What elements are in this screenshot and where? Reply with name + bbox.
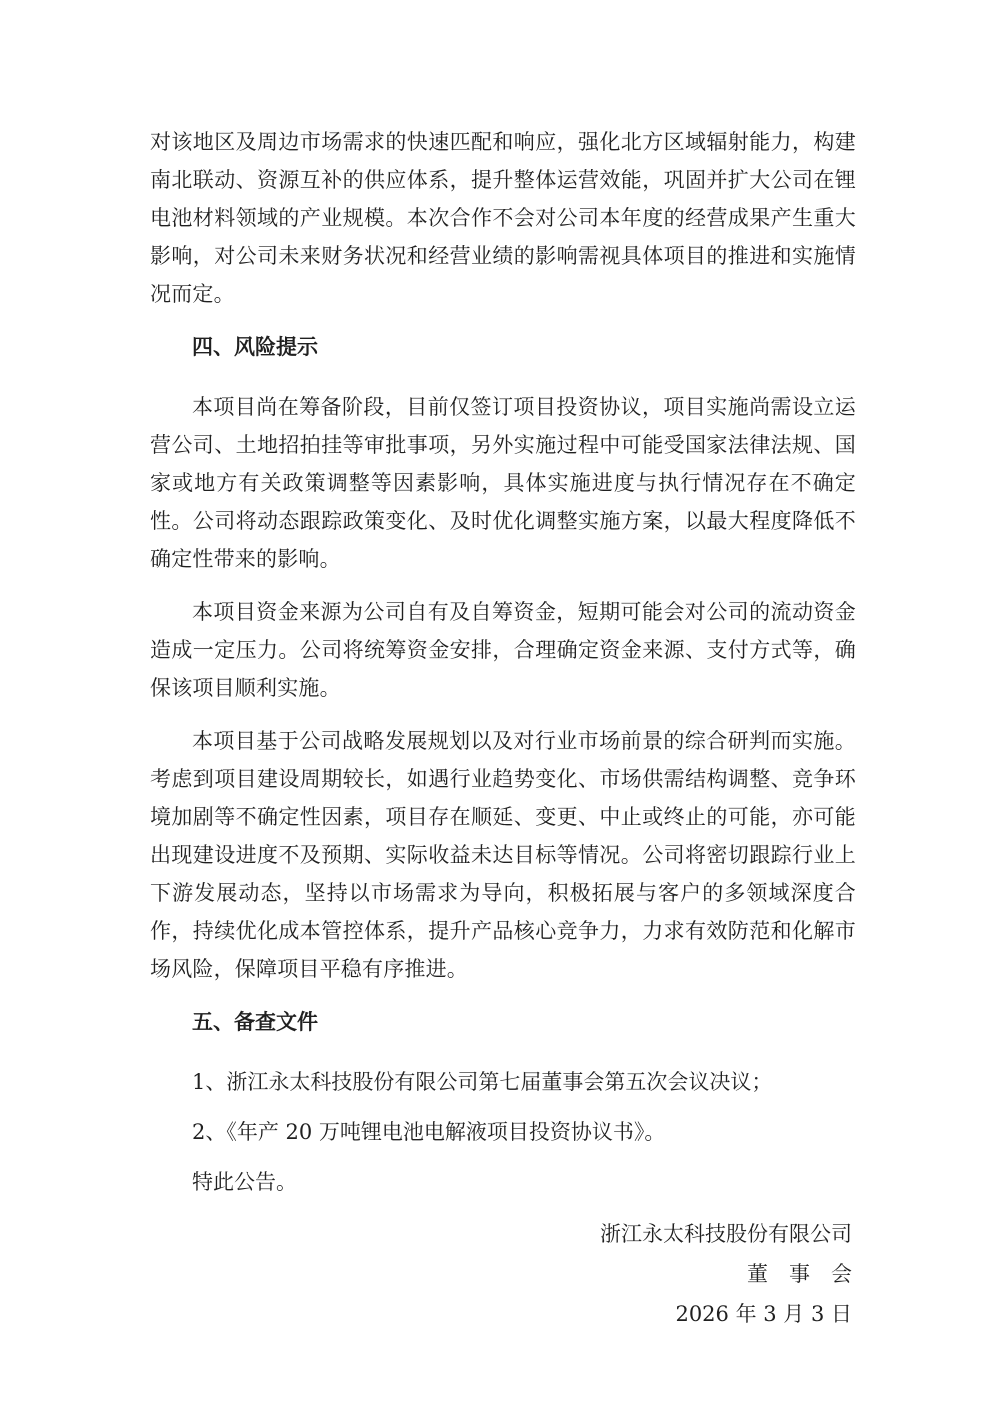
risk-paragraph-2: 本项目资金来源为公司自有及自筹资金，短期可能会对公司的流动资金造成一定压力。公司… xyxy=(150,593,856,707)
intro-paragraph: 对该地区及周边市场需求的快速匹配和响应，强化北方区域辐射能力，构建南北联动、资源… xyxy=(150,123,856,313)
announcement-page: 对该地区及周边市场需求的快速匹配和响应，强化北方区域辐射能力，构建南北联动、资源… xyxy=(0,0,1000,1414)
section-heading-reference: 五、备查文件 xyxy=(150,1003,856,1041)
signature-block: 浙江永太科技股份有限公司 董 事 会 2026 年 3 月 3 日 xyxy=(150,1215,856,1333)
reference-item-1: 1、浙江永太科技股份有限公司第七届董事会第五次会议决议； xyxy=(150,1063,856,1101)
signature-board: 董 事 会 xyxy=(150,1255,852,1293)
signature-company: 浙江永太科技股份有限公司 xyxy=(150,1215,852,1253)
signature-date: 2026 年 3 月 3 日 xyxy=(150,1295,852,1333)
risk-paragraph-1: 本项目尚在筹备阶段，目前仅签订项目投资协议，项目实施尚需设立运营公司、土地招拍挂… xyxy=(150,388,856,578)
reference-item-2: 2、《年产 20 万吨锂电池电解液项目投资协议书》。 xyxy=(150,1113,856,1151)
risk-paragraph-3: 本项目基于公司战略发展规划以及对行业市场前景的综合研判而实施。考虑到项目建设周期… xyxy=(150,722,856,988)
document-content: 对该地区及周边市场需求的快速匹配和响应，强化北方区域辐射能力，构建南北联动、资源… xyxy=(150,123,856,1333)
closing-statement: 特此公告。 xyxy=(150,1163,856,1201)
section-heading-risk: 四、风险提示 xyxy=(150,328,856,366)
